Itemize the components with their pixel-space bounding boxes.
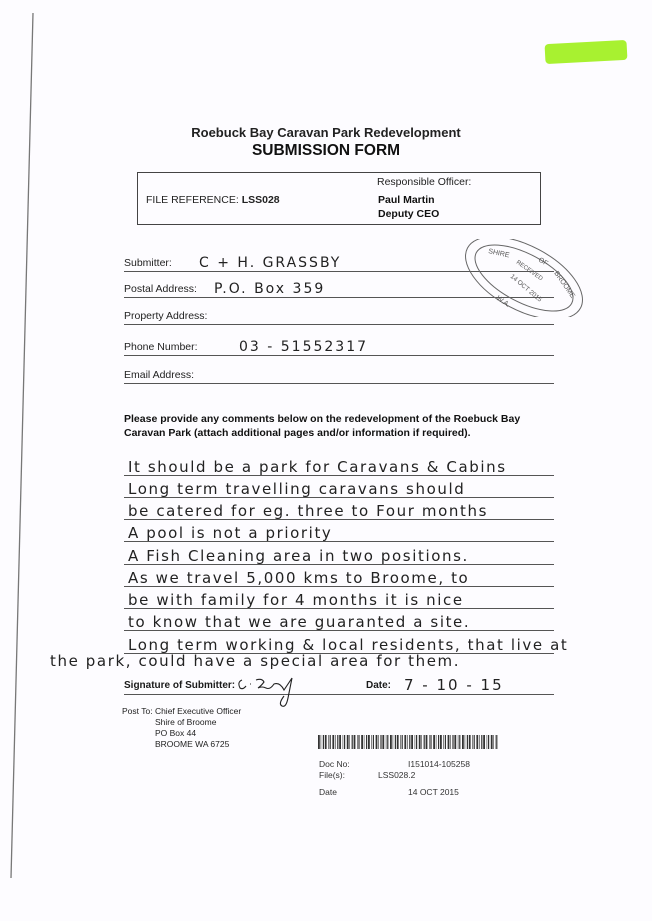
received-stamp: SHIRE OF BROOME RECEIVED 14 OCT 2015 W.A…	[458, 239, 590, 317]
files-label: File(s):	[319, 770, 345, 780]
comment-overflow-text: the park, could have a special area for …	[50, 652, 460, 670]
comment-text: to know that we are guaranted a site.	[128, 613, 470, 631]
responsible-officer-label: Responsible Officer:	[377, 176, 471, 188]
officer-name: Paul Martin	[378, 194, 435, 206]
comment-text: It should be a park for Caravans & Cabin…	[128, 458, 507, 476]
comment-text: be catered for eg. three to Four months	[128, 502, 488, 520]
date-value: 7 - 10 - 15	[404, 676, 504, 694]
phone-number-value: 03 - 51552317	[239, 339, 368, 355]
comment-line[interactable]: be catered for eg. three to Four months	[124, 499, 554, 520]
comment-text: A Fish Cleaning area in two positions.	[128, 547, 469, 565]
submitter-value: C + H. GRASSBY	[199, 255, 341, 271]
phone-number-label: Phone Number:	[124, 341, 198, 353]
comment-text: A pool is not a priority	[128, 524, 332, 542]
comment-text: As we travel 5,000 kms to Broome, to	[128, 569, 469, 587]
comment-line[interactable]: It should be a park for Caravans & Cabin…	[124, 455, 554, 476]
doc-no-label: Doc No:	[319, 759, 350, 769]
officer-role: Deputy CEO	[378, 208, 439, 220]
barcode	[318, 735, 498, 749]
highlighter-mark	[545, 40, 628, 64]
stamp-broome: BROOME	[552, 270, 576, 300]
email-address-label: Email Address:	[124, 369, 194, 381]
property-address-label: Property Address:	[124, 310, 207, 322]
signature-mark	[236, 674, 326, 708]
comment-line[interactable]: to know that we are guaranted a site.	[124, 610, 554, 631]
file-reference: FILE REFERENCE: LSS028	[146, 194, 280, 206]
files-value: LSS028.2	[378, 770, 415, 780]
comment-line[interactable]: A Fish Cleaning area in two positions.	[124, 544, 554, 565]
records-date-value: 14 OCT 2015	[408, 787, 459, 797]
comment-text: be with family for 4 months it is nice	[128, 591, 464, 609]
email-address-field[interactable]: Email Address:	[124, 361, 554, 384]
comment-text: Long term travelling caravans should	[128, 480, 465, 498]
phone-number-field[interactable]: Phone Number: 03 - 51552317	[124, 333, 554, 356]
postal-address-label: Postal Address:	[124, 283, 197, 295]
post-to-label: Post To:	[122, 706, 153, 716]
file-reference-label: FILE REFERENCE:	[146, 194, 239, 206]
form-title: SUBMISSION FORM	[0, 142, 652, 160]
signature-label: Signature of Submitter:	[124, 680, 235, 691]
post-to-line: Shire of Broome	[122, 717, 241, 728]
post-to-line: PO Box 44	[122, 728, 241, 739]
stamp-shire: SHIRE	[488, 248, 511, 259]
postal-address-value: P.O. Box 359	[214, 281, 325, 297]
post-to-line: Chief Executive Officer	[155, 706, 241, 716]
stamp-of: OF	[537, 257, 549, 268]
comment-line[interactable]: be with family for 4 months it is nice	[124, 588, 554, 609]
post-to-address: Post To: Chief Executive Officer Shire o…	[122, 706, 241, 750]
comment-line[interactable]: As we travel 5,000 kms to Broome, to	[124, 566, 554, 587]
date-label: Date:	[366, 680, 391, 691]
comment-line[interactable]: Long term travelling caravans should	[124, 477, 554, 498]
submitter-label: Submitter:	[124, 257, 172, 269]
document-title: Roebuck Bay Caravan Park Redevelopment	[0, 125, 652, 140]
comment-line[interactable]: Long term working & local residents, tha…	[124, 633, 554, 654]
comment-line[interactable]: A pool is not a priority	[124, 521, 554, 542]
comments-prompt: Please provide any comments below on the…	[124, 412, 564, 440]
doc-no-value: I151014-105258	[408, 759, 470, 769]
records-date-label: Date	[319, 787, 337, 797]
file-reference-value: LSS028	[242, 194, 280, 206]
signature-field[interactable]: Signature of Submitter: Date: 7 - 10 - 1…	[124, 676, 554, 695]
post-to-line: BROOME WA 6725	[122, 739, 241, 750]
